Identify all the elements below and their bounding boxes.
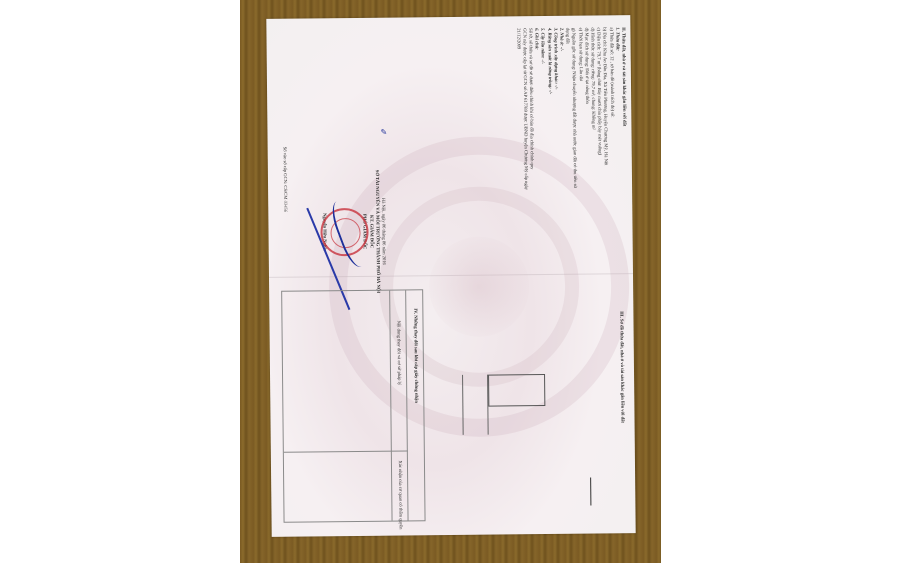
- col2-header: Xác nhận của cơ quan có thẩm quyền: [397, 461, 404, 530]
- land-certificate-paper: II. Thửa đất, nhà ở và tài sản khác gắn …: [266, 15, 635, 537]
- section-iii-title: III. Sơ đồ thửa đất, nhà ở và tài sản kh…: [618, 311, 625, 423]
- changes-table: IV. Những thay đổi sau khi cấp giấy chứn…: [281, 289, 425, 522]
- changes-table-header-cell: Nội dung thay đổi và cơ sở pháp lý Xác n…: [389, 290, 408, 520]
- section-ii: II. Thửa đất, nhà ở và tài sản khác gắn …: [515, 27, 628, 190]
- section-iv-title: IV. Những thay đổi sau khi cấp giấy chứn…: [412, 308, 419, 403]
- blue-ink-initial: ✎: [380, 128, 387, 137]
- registry-number: Số vào sổ cấp GCN: CS/CM 03456: [281, 147, 288, 212]
- north-arrow-icon: [590, 478, 591, 506]
- col1-header: Nội dung thay đổi và cơ sở pháp lý: [395, 321, 402, 386]
- place-date: Hà Nội, ngày 06 tháng 06 năm 2016: [380, 170, 387, 293]
- registry-value: 03456: [283, 201, 288, 213]
- bronze-drum-watermark-star: [429, 236, 530, 337]
- road-lines: [462, 375, 489, 435]
- land-plot-diagram: [488, 374, 545, 407]
- registry-label: Số vào sổ cấp GCN: CS/CM: [283, 147, 289, 200]
- column-divider: [284, 450, 408, 452]
- issuing-agency: SỞ TÀI NGUYÊN VÀ MÔI TRƯỜNG THÀNH PHỐ HÀ…: [373, 170, 380, 293]
